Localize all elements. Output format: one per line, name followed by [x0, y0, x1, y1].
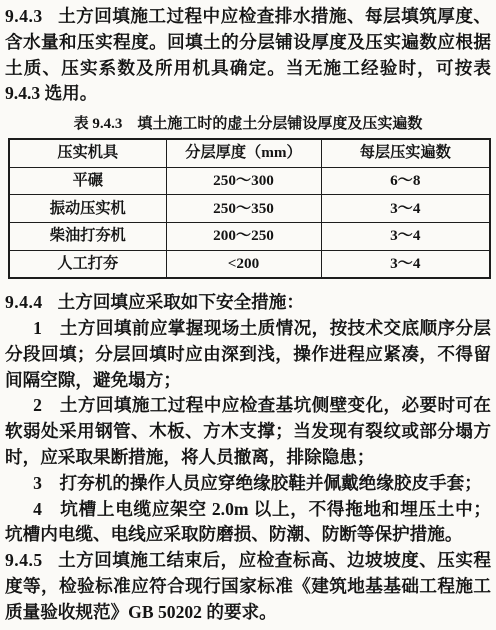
item-number-4: 4: [33, 499, 42, 519]
cell-passes: 6～8: [321, 167, 490, 195]
safety-item-4: 4坑槽上电缆应架空 2.0m 以上，不得拖地和埋压土中；坑槽内电缆、电线应采取防…: [5, 497, 491, 549]
cell-thickness: 250～300: [166, 167, 321, 195]
item-number-2: 2: [33, 395, 42, 415]
safety-item-2: 2土方回填施工过程中应检查基坑侧壁变化，必要时可在软弱处采用钢管、木板、方木支撑…: [5, 393, 491, 470]
safety-item-3: 3打夯机的操作人员应穿绝缘胶鞋并佩戴绝缘胶皮手套；: [5, 471, 491, 497]
paragraph-9-4-4: 9.4.4土方回填应采取如下安全措施：: [5, 290, 491, 316]
clause-number-9-4-3: 9.4.3: [5, 6, 43, 26]
table-row: 人工打夯 <200 3～4: [9, 250, 490, 278]
table-row: 振动压实机 250～350 3～4: [9, 195, 490, 223]
table-row: 柴油打夯机 200～250 3～4: [9, 222, 490, 250]
table-header-passes: 每层压实遍数: [321, 139, 490, 167]
paragraph-9-4-5: 9.4.5土方回填施工结束后，应检查标高、边坡坡度、压实程度等，检验标准应符合现…: [5, 548, 491, 625]
clause-text-9-4-4: 土方回填应采取如下安全措施：: [58, 292, 304, 312]
clause-text-9-4-5: 土方回填施工结束后，应检查标高、边坡坡度、压实程度等，检验标准应符合现行国家标准…: [5, 550, 491, 622]
item-number-1: 1: [33, 318, 42, 338]
cell-thickness: 250～350: [166, 195, 321, 223]
document-page: 9.4.3土方回填施工过程中应检查排水措施、每层填筑厚度、含水量和压实程度。回填…: [0, 0, 496, 630]
cell-machine: 柴油打夯机: [9, 222, 166, 250]
table-header-machine: 压实机具: [9, 139, 166, 167]
item-text-1: 土方回填前应掌握现场土质情况，按技术交底顺序分层分段回填；分层回填时应由深到浅，…: [5, 318, 491, 390]
cell-thickness: <200: [166, 250, 321, 278]
table-title: 表 9.4.3 填土施工时的虚土分层铺设厚度及压实遍数: [5, 114, 491, 134]
cell-machine: 平碾: [9, 167, 166, 195]
cell-passes: 3～4: [321, 195, 490, 223]
item-number-3: 3: [33, 473, 42, 493]
item-text-4: 坑槽上电缆应架空 2.0m 以上，不得拖地和埋压土中；坑槽内电缆、电线应采取防磨…: [5, 499, 491, 545]
table-header-layer-thickness: 分层厚度（mm）: [166, 139, 321, 167]
item-text-2: 土方回填施工过程中应检查基坑侧壁变化，必要时可在软弱处采用钢管、木板、方木支撑；…: [5, 395, 491, 467]
table-row: 平碾 250～300 6～8: [9, 167, 490, 195]
safety-item-1: 1土方回填前应掌握现场土质情况，按技术交底顺序分层分段回填；分层回填时应由深到浅…: [5, 316, 491, 393]
cell-thickness: 200～250: [166, 222, 321, 250]
clause-number-9-4-4: 9.4.4: [5, 292, 43, 312]
cell-machine: 振动压实机: [9, 195, 166, 223]
cell-passes: 3～4: [321, 250, 490, 278]
table-header-row: 压实机具 分层厚度（mm） 每层压实遍数: [9, 139, 490, 167]
cell-passes: 3～4: [321, 222, 490, 250]
paragraph-9-4-3: 9.4.3土方回填施工过程中应检查排水措施、每层填筑厚度、含水量和压实程度。回填…: [5, 4, 491, 107]
clause-number-9-4-5: 9.4.5: [5, 550, 43, 570]
table-9-4-3: 压实机具 分层厚度（mm） 每层压实遍数 平碾 250～300 6～8 振动压实…: [8, 138, 491, 279]
cell-machine: 人工打夯: [9, 250, 166, 278]
clause-text-9-4-3: 土方回填施工过程中应检查排水措施、每层填筑厚度、含水量和压实程度。回填土的分层铺…: [5, 6, 491, 103]
item-text-3: 打夯机的操作人员应穿绝缘胶鞋并佩戴绝缘胶皮手套；: [60, 473, 482, 493]
